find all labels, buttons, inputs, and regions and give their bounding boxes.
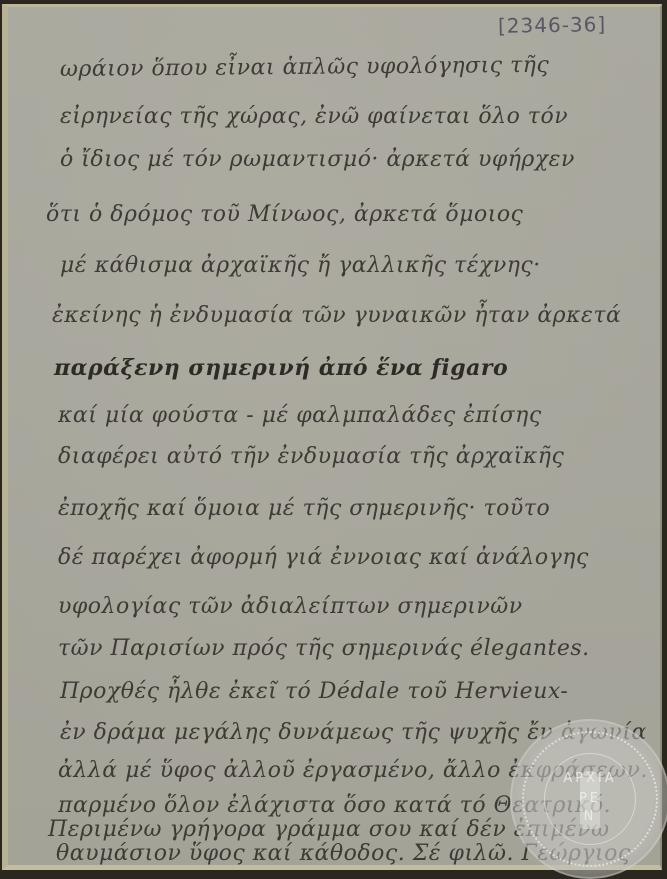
- letter-page: [2346-36] ωράιον ὅπου εἶναι ἁπλῶς υφολόγ…: [2, 4, 662, 870]
- text-line-10: ἐποχῆς καί ὅμοια μέ τῆς σημερινῆς· τοῦτο: [58, 496, 550, 521]
- text-line-3: ὁ ἴδιος μέ τόν ρωμαντισμό· ἀρκετά υφήρχε…: [60, 147, 575, 172]
- text-line-5: μέ κάθισμα ἀρχαϊκῆς ἤ γαλλικῆς τέχνης·: [60, 253, 541, 278]
- text-line-9: διαφέρει αὐτό τῆν ἐνδυμασία τῆς ἀρχαϊκῆς: [58, 444, 564, 469]
- text-line-12: υφολογίας τῶν ἀδιαλείπτων σημερινῶν: [58, 594, 523, 619]
- text-line-7: παράξενη σημερινή ἀπό ἕνα figaro: [54, 355, 508, 381]
- text-line-8: καί μία φούστα - μέ φαλμπαλάδες ἐπίσης: [58, 403, 542, 428]
- text-line-1: ωράιον ὅπου εἶναι ἁπλῶς υφολόγησις τῆς: [60, 53, 549, 82]
- text-line-4: ὅτι ὁ δρόμος τοῦ Μίνωος, ἀρκετά ὅμοιος: [46, 202, 523, 227]
- seal-text-1: ΑΡΧΙΑ: [510, 771, 667, 786]
- text-line-11: δέ παρέχει ἀφορμή γιά ἐννοιας καί ἀνάλογ…: [58, 545, 589, 570]
- scan-background: [2346-36] ωράιον ὅπου εἶναι ἁπλῶς υφολόγ…: [0, 0, 667, 876]
- text-line-2: εἰρηνείας τῆς χώρας, ἐνῶ φαίνεται ὅλο τό…: [60, 104, 568, 129]
- archive-seal-stamp: ΑΡΧΙΑ ΡΕ Ν: [510, 719, 667, 876]
- text-line-13: τῶν Παρισίων πρός τῆς σημερινάς élegante…: [58, 636, 590, 661]
- text-line-14: Προχθές ἦλθε ἐκεῖ τό Dédale τοῦ Hervieux…: [60, 679, 568, 704]
- seal-text-2: ΡΕ: [510, 791, 667, 806]
- seal-text-3: Ν: [510, 809, 667, 824]
- text-line-6: ἐκείνης ἡ ἐνδυμασία τῶν γυναικῶν ἦταν ἀρ…: [52, 303, 621, 328]
